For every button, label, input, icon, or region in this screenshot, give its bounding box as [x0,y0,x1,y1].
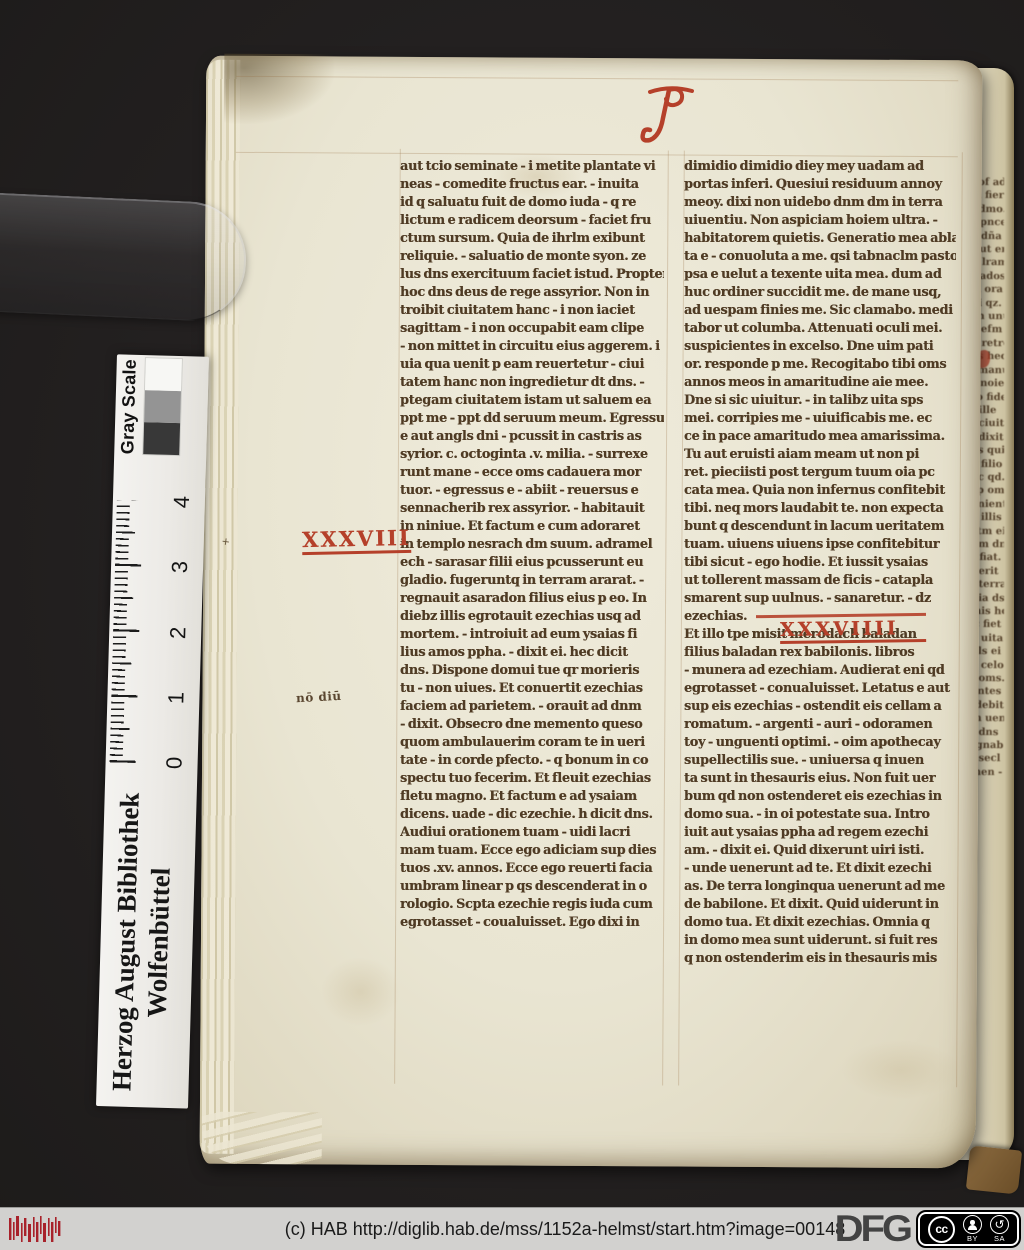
text-line: e aut angls dni - pcussit in castris as [400,428,664,446]
book-binding-corner [966,1145,1022,1194]
marginal-note: nō diū [296,689,342,705]
cc-by-label: BY [967,1235,978,1243]
text-line: lus dns exercituum faciet istud. Propter [400,266,664,284]
text-line: reliquie. - saluatio de monte syon. ze [400,248,664,266]
gray-scale-section: Gray Scale [114,354,209,461]
text-line: in templo nesrach dm suum. adramel [400,536,664,554]
text-line: neas - comedite fructus ear. - inuita [400,176,664,194]
text-line: - dixit. Obsecro dne memento queso [400,716,664,734]
gray-scale-label: Gray Scale [117,356,141,457]
red-quire-mark [636,78,702,150]
text-line: portas inferi. Quesiui residuum annoy [684,176,956,194]
cc-license-badge: cc BY ↺ SA [918,1212,1019,1246]
text-line: tabor ut columba. Attenuati oculi mei. [684,320,956,338]
chapter-number-39: XXXVIIII [780,617,926,644]
text-line: filius baladan rex babilonis. libros [684,644,956,662]
color-scale-card: Herzog August Bibliothek Wolfenbüttel 0 … [96,354,209,1108]
text-line: quom ambulauerim coram te in ueri [400,734,664,752]
cc-by-item: BY [963,1215,982,1243]
footer-bar: (c) HAB http://diglib.hab.de/mss/1152a-h… [0,1207,1024,1250]
text-line: tuor. - egressus e - abiit - reuersus e [400,482,664,500]
text-line: mortem. - introiuit ad eum ysaias fi [400,626,664,644]
text-line: lictum e radicem deorsum - faciet fru [400,212,664,230]
ruling-line [236,152,958,157]
text-line: runt mane - ecce oms cadauera mor [400,464,664,482]
gray-step-dark [143,422,180,455]
text-line: Tu aut eruisti aiam meam ut non pi [684,446,956,464]
text-line: or. responde p me. Recogitabo tibi oms [684,356,956,374]
text-line: domo tua. Et dixit ezechias. Omnia q [684,914,956,932]
ruler-ticks-large [110,500,143,763]
text-line: tuos .xv. annos. Ecce ego reuerti facia [400,860,664,878]
text-line: dimidio dimidio diey mey uadam ad [684,158,956,176]
text-line: sup eis ezechias - ostendit eis cellam a [684,698,956,716]
copyright-url[interactable]: (c) HAB http://diglib.hab.de/mss/1152a-h… [285,1219,845,1240]
text-line: mam tuam. Ecce ego adiciam sup dies [400,842,664,860]
text-line: tibi. neq mors laudabit te. non expecta [684,500,956,518]
parchment-stain [320,956,400,1026]
text-line: id q saluatu fuit de domo iuda - q re [400,194,664,212]
text-line: bunt q descendunt in lacum ueritatem [684,518,956,536]
text-line: mei. corripies me - uiuificabis me. ec [684,410,956,428]
text-line: Dne si sic uiuitur. - in talibz uita sps [684,392,956,410]
text-line: Audiui orationem tuam - uidi lacri [400,824,664,842]
text-line: dns. Dispone domui tue qr morieris [400,662,664,680]
digitized-manuscript-photo: gnof adqm fieriin dmo.nr pncead dñasicut… [0,0,1024,1250]
text-line: tate - in corde pfecto. - q bonum in co [400,752,664,770]
gray-step-light [145,358,182,391]
text-line: ut tollerent massam de ficis - catapla [684,572,956,590]
text-line: de babilone. Et dixit. Quid uiderunt in [684,896,956,914]
institution-label: Herzog August Bibliothek Wolfenbüttel [96,776,197,1108]
text-line: aut tcio seminate - i metite plantate vi [400,158,664,176]
text-line: suspicientes in excelso. Dne uim pati [684,338,956,356]
text-line: lius amos ppha. - dixit ei. hec dicit [400,644,664,662]
text-line: umbram linear p qs descenderat in o [400,878,664,896]
cc-sa-item: ↺ SA [990,1215,1009,1243]
text-line: romatum. - argenti - auri - odoramen [684,716,956,734]
text-line: uiuentiu. Non aspiciam hoiem ultra. - [684,212,956,230]
text-line: habitatorem quietis. Generatio mea abla [684,230,956,248]
text-line: huc ordiner succidit me. de mane usq, [684,284,956,302]
text-line: troibit ciuitatem hanc - i non iaciet [400,302,664,320]
text-line: in domo mea sunt uiderunt. si fuit res [684,932,956,950]
text-line: fletu magno. Et factum e ad ysaiam [400,788,664,806]
text-line: am. - dixit ei. Quid dixerunt uiri isti. [684,842,956,860]
text-line: tu - non uiues. Et conuertit ezechias [400,680,664,698]
text-line: uia qua uenit p eam reuertetur - ciui [400,356,664,374]
ruler-number-2: 2 [165,627,191,640]
text-line: in niniue. Et factum e cum adoraret [400,518,664,536]
hab-logo [8,1214,64,1244]
ruling-line [236,76,958,81]
text-line: ptegam ciuitatem istam ut saluem ea [400,392,664,410]
cc-icon: cc [928,1216,955,1243]
ruling-line [956,152,963,1087]
ruler-number-4: 4 [169,496,195,509]
text-line: iuit aut ysaias ppha ad regem ezechi [684,824,956,842]
text-line: sennacherib rex assyrior. - habitauit [400,500,664,518]
text-line: supellectilis sue. - uniuersa q inuen [684,752,956,770]
text-line: cata mea. Quia non infernus confitebit [684,482,956,500]
text-line: tibi sicut - ego hodie. Et iussit ysaias [684,554,956,572]
text-line: ech - sarasar filii eius pcusserunt eu [400,554,664,572]
ruler-number-1: 1 [163,691,189,704]
text-line: regnauit asaradon filius eius p eo. In [400,590,664,608]
parchment-stain [840,1040,960,1101]
left-text-column: aut tcio seminate - i metite plantate vi… [400,158,664,948]
text-line: bum qd non ostenderet eis ezechias in [684,788,956,806]
corner-wear [224,54,334,125]
text-line: ad uespam finies me. Sic clamabo. medi [684,302,956,320]
footer-logos: DFG cc BY ↺ SA [835,1209,1024,1249]
text-line: toy - unguenti optimi. - oim apothecay [684,734,956,752]
text-line: tuam. uiuens uiuens ipse confitebitur [684,536,956,554]
text-line: tatem hanc non ingredietur dt dns. - [400,374,664,392]
text-line: sagittam - i non occupabit eam clipe [400,320,664,338]
centimeter-ruler: 0 1 2 3 4 [105,458,206,778]
text-line: domo sua. - in oi potestate sua. Intro [684,806,956,824]
text-line: - munera ad ezechiam. Audierat eni qd [684,662,956,680]
text-line: as. De terra longinqua uenerunt ad me [684,878,956,896]
text-line: egrotasset - coualuisset. Ego dixi in [400,914,664,932]
cc-sa-label: SA [994,1235,1005,1243]
ruler-number-3: 3 [167,561,193,574]
text-line: q non ostenderim eis in thesauris mis [684,950,956,968]
text-line: ret. pieciisti post tergum tuum oia pc [684,464,956,482]
gray-scale-patch [142,357,183,456]
text-line: hoc dns deus de rege assyrior. Non in [400,284,664,302]
text-line: egrotasset - conualuisset. Letatus e aut [684,680,956,698]
text-line: gladio. fugeruntq in terram ararat. - [400,572,664,590]
text-line: faciem ad parietem. - orauit ad dnm [400,698,664,716]
text-line: smarent sup uulnus. - sanaretur. - dz [684,590,956,608]
cc-by-person-icon [963,1215,982,1234]
gray-step-mid [144,390,181,423]
cc-sa-arrow-icon: ↺ [990,1215,1009,1234]
page-stack-bottom-edges [202,1112,322,1165]
text-line: spectu tuo fecerim. Et fleuit ezechias [400,770,664,788]
chapter-number-38: XXXVIII [302,525,411,555]
text-line: ta e - conuoluta a me. qsi tabnaclm past… [684,248,956,266]
text-line: ctum sursum. Quia de ihrlm exibunt [400,230,664,248]
text-line: rologio. Scpta ezechie regis iuda cum [400,896,664,914]
text-line: ce in pace amaritudo mea amarissima. [684,428,956,446]
text-line: psa e uelut a texente uita mea. dum ad [684,266,956,284]
text-line: syrior. c. octoginta .v. milia. - surrex… [400,446,664,464]
ruler-number-0: 0 [161,756,187,769]
text-line: annos meos in amaritudine aie mee. [684,374,956,392]
text-line: - non mittet in circuitu eius aggerem. i [400,338,664,356]
text-line: meoy. dixi non uidebo dnm dm in terra [684,194,956,212]
text-line: - unde uenerunt ad te. Et dixit ezechi [684,860,956,878]
text-line: ta sunt in thesauris eius. Non fuit uer [684,770,956,788]
text-line: dicens. uade - dic ezechie. h dicit dns. [400,806,664,824]
page-weight-strip [0,192,249,323]
right-text-column: dimidio dimidio diey mey uadam adportas … [684,158,956,970]
text-line: ppt me - ppt dd seruum meum. Egressus [400,410,664,428]
text-line: diebz illis egrotauit ezechias usq ad [400,608,664,626]
dfg-logo: DFG [835,1211,910,1248]
